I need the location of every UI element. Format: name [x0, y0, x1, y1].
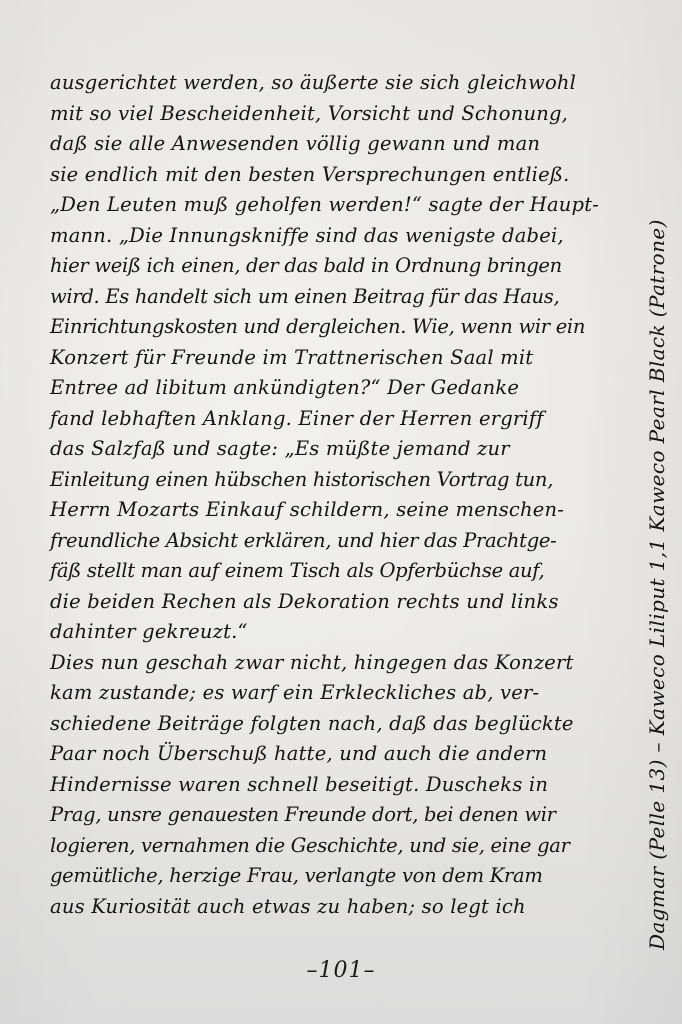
text-line: Einrichtungskosten und dergleichen. Wie,…: [50, 312, 620, 343]
text-line: die beiden Rechen als Dekoration rechts …: [50, 587, 620, 618]
text-line: sie endlich mit den besten Versprechunge…: [50, 160, 620, 191]
text-line: Entree ad libitum ankündigten?“ Der Geda…: [50, 373, 620, 404]
text-line: logieren, vernahmen die Geschichte, und …: [50, 831, 620, 862]
text-line: gemütliche, herzige Frau, verlangte von …: [50, 861, 620, 892]
text-line: ausgerichtet werden, so äußerte sie sich…: [50, 68, 620, 99]
text-line: fand lebhaften Anklang. Einer der Herren…: [50, 404, 620, 435]
text-line: Hindernisse waren schnell beseitigt. Dus…: [50, 770, 620, 801]
text-line: kam zustande; es warf ein Erkleckliches …: [50, 678, 620, 709]
text-line: „Den Leuten muß geholfen werden!“ sagte …: [50, 190, 620, 221]
text-line: wird. Es handelt sich um einen Beitrag f…: [50, 282, 620, 313]
text-line: Dies nun geschah zwar nicht, hingegen da…: [50, 648, 620, 679]
text-line: fäß stellt man auf einem Tisch als Opfer…: [50, 556, 620, 587]
text-line: Konzert für Freunde im Trattnerischen Sa…: [50, 343, 620, 374]
text-line: Paar noch Überschuß hatte, und auch die …: [50, 739, 620, 770]
text-line: Einleitung einen hübschen historischen V…: [50, 465, 620, 496]
page-number: –101–: [0, 958, 682, 983]
manuscript-page: ausgerichtet werden, so äußerte sie sich…: [0, 0, 682, 1024]
vertical-margin-note: Dagmar (Pelle 13) – Kaweco Liliput 1,1 K…: [640, 60, 674, 950]
text-line: schiedene Beiträge folgten nach, daß das…: [50, 709, 620, 740]
handwritten-text-block: ausgerichtet werden, so äußerte sie sich…: [50, 68, 620, 922]
text-line: freundliche Absicht erklären, und hier d…: [50, 526, 620, 557]
text-line: mann. „Die Innungskniffe sind das wenigs…: [50, 221, 620, 252]
text-line: aus Kuriosität auch etwas zu haben; so l…: [50, 892, 620, 923]
text-line: Prag, unsre genauesten Freunde dort, bei…: [50, 800, 620, 831]
text-line: dahinter gekreuzt.“: [50, 617, 620, 648]
text-line: hier weiß ich einen, der das bald in Ord…: [50, 251, 620, 282]
text-line: daß sie alle Anwesenden völlig gewann un…: [50, 129, 620, 160]
text-line: Herrn Mozarts Einkauf schildern, seine m…: [50, 495, 620, 526]
text-line: mit so viel Bescheidenheit, Vorsicht und…: [50, 99, 620, 130]
text-line: das Salzfaß und sagte: „Es müßte jemand …: [50, 434, 620, 465]
